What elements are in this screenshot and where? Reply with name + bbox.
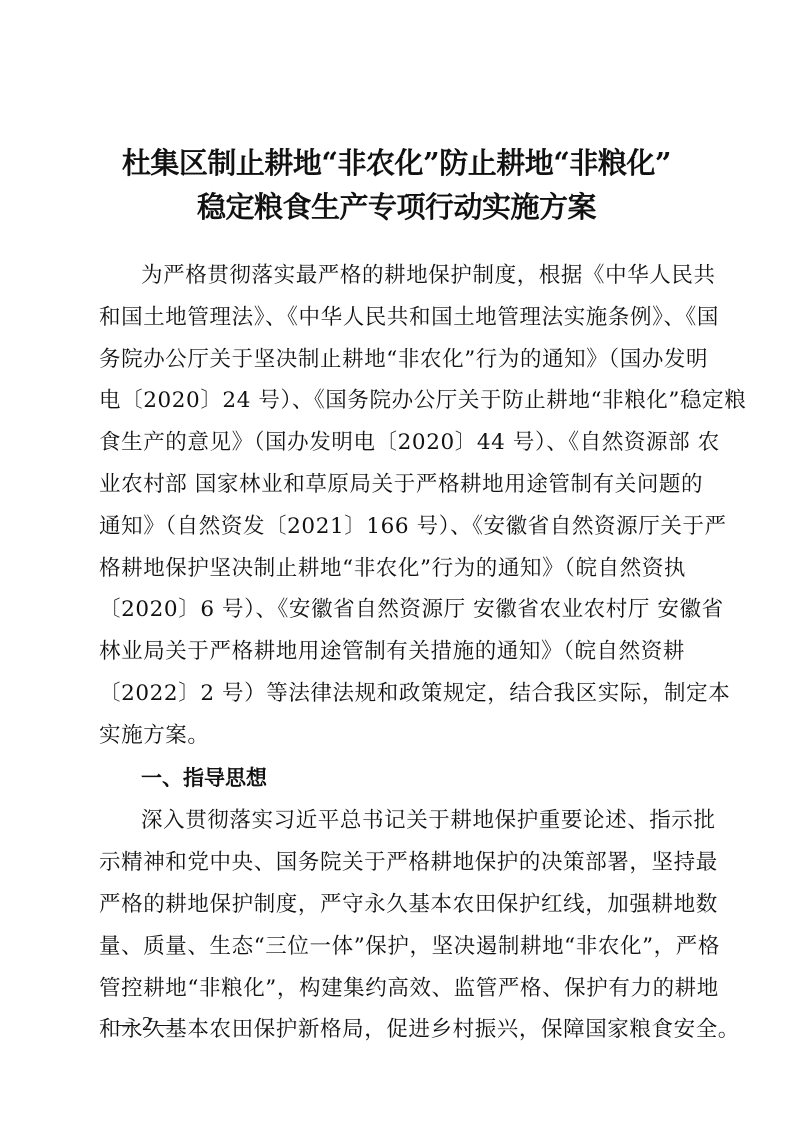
paragraph-line: 严格的耕地保护制度，严守永久基本农田保护红线，加强耕地数 — [99, 887, 699, 918]
section-heading-guiding-ideology: 一、指导思想 — [141, 762, 267, 792]
paragraph-line: 示精神和党中央、国务院关于严格耕地保护的决策部署，坚持最 — [99, 845, 699, 876]
paragraph-line: 业农村部 国家林业和草原局关于严格耕地用途管制有关问题的 — [99, 467, 699, 498]
paragraph-line: 量、质量、生态“三位一体”保护，坚决遏制耕地“非农化”，严格 — [99, 929, 699, 960]
paragraph-line: 和国土地管理法》、《中华人民共和国土地管理法实施条例》、《国 — [99, 300, 699, 331]
document-title-line-2: 稳定粮食生产专项行动实施方案 — [100, 185, 693, 226]
paragraph-line: 林业局关于严格耕地用途管制有关措施的通知》（皖自然资耕 — [99, 634, 699, 665]
paragraph-line: 〔2020〕6 号）、《安徽省自然资源厅 安徽省农业农村厅 安徽省 — [99, 592, 699, 623]
paragraph-line: 和永久基本农田保护新格局，促进乡村振兴，保障国家粮食安全。 — [99, 1012, 699, 1043]
paragraph-line: 通知》（自然资发〔2021〕166 号）、《安徽省自然资源厅关于严 — [99, 509, 699, 540]
paragraph-line: 格耕地保护坚决制止耕地“非农化”行为的通知》（皖自然资执 — [99, 551, 699, 582]
paragraph-line: 深入贯彻落实习近平总书记关于耕地保护重要论述、指示批 — [141, 803, 741, 834]
paragraph-line: 为严格贯彻落实最严格的耕地保护制度，根据《中华人民共 — [141, 258, 741, 289]
paragraph-line: 电〔2020〕24 号）、《国务院办公厅关于防止耕地“非粮化”稳定粮 — [99, 383, 699, 414]
paragraph-line: 食生产的意见》（国办发明电〔2020〕44 号）、《自然资源部 农 — [99, 425, 699, 456]
paragraph-line: 管控耕地“非粮化”，构建集约高效、监管严格、保护有力的耕地 — [99, 971, 699, 1002]
paragraph-line: 务院办公厅关于坚决制止耕地“非农化”行为的通知》（国办发明 — [99, 342, 699, 373]
paragraph-line: 实施方案。 — [99, 718, 699, 749]
document-page: 杜集区制止耕地“非农化”防止耕地“非粮化” 稳定粮食生产专项行动实施方案 为严格… — [0, 0, 793, 1122]
document-title-line-1: 杜集区制止耕地“非农化”防止耕地“非粮化” — [100, 141, 693, 182]
paragraph-line: 〔2022〕2 号）等法律法规和政策规定，结合我区实际，制定本 — [99, 676, 699, 707]
page-number: — 2 — — [117, 1013, 177, 1036]
